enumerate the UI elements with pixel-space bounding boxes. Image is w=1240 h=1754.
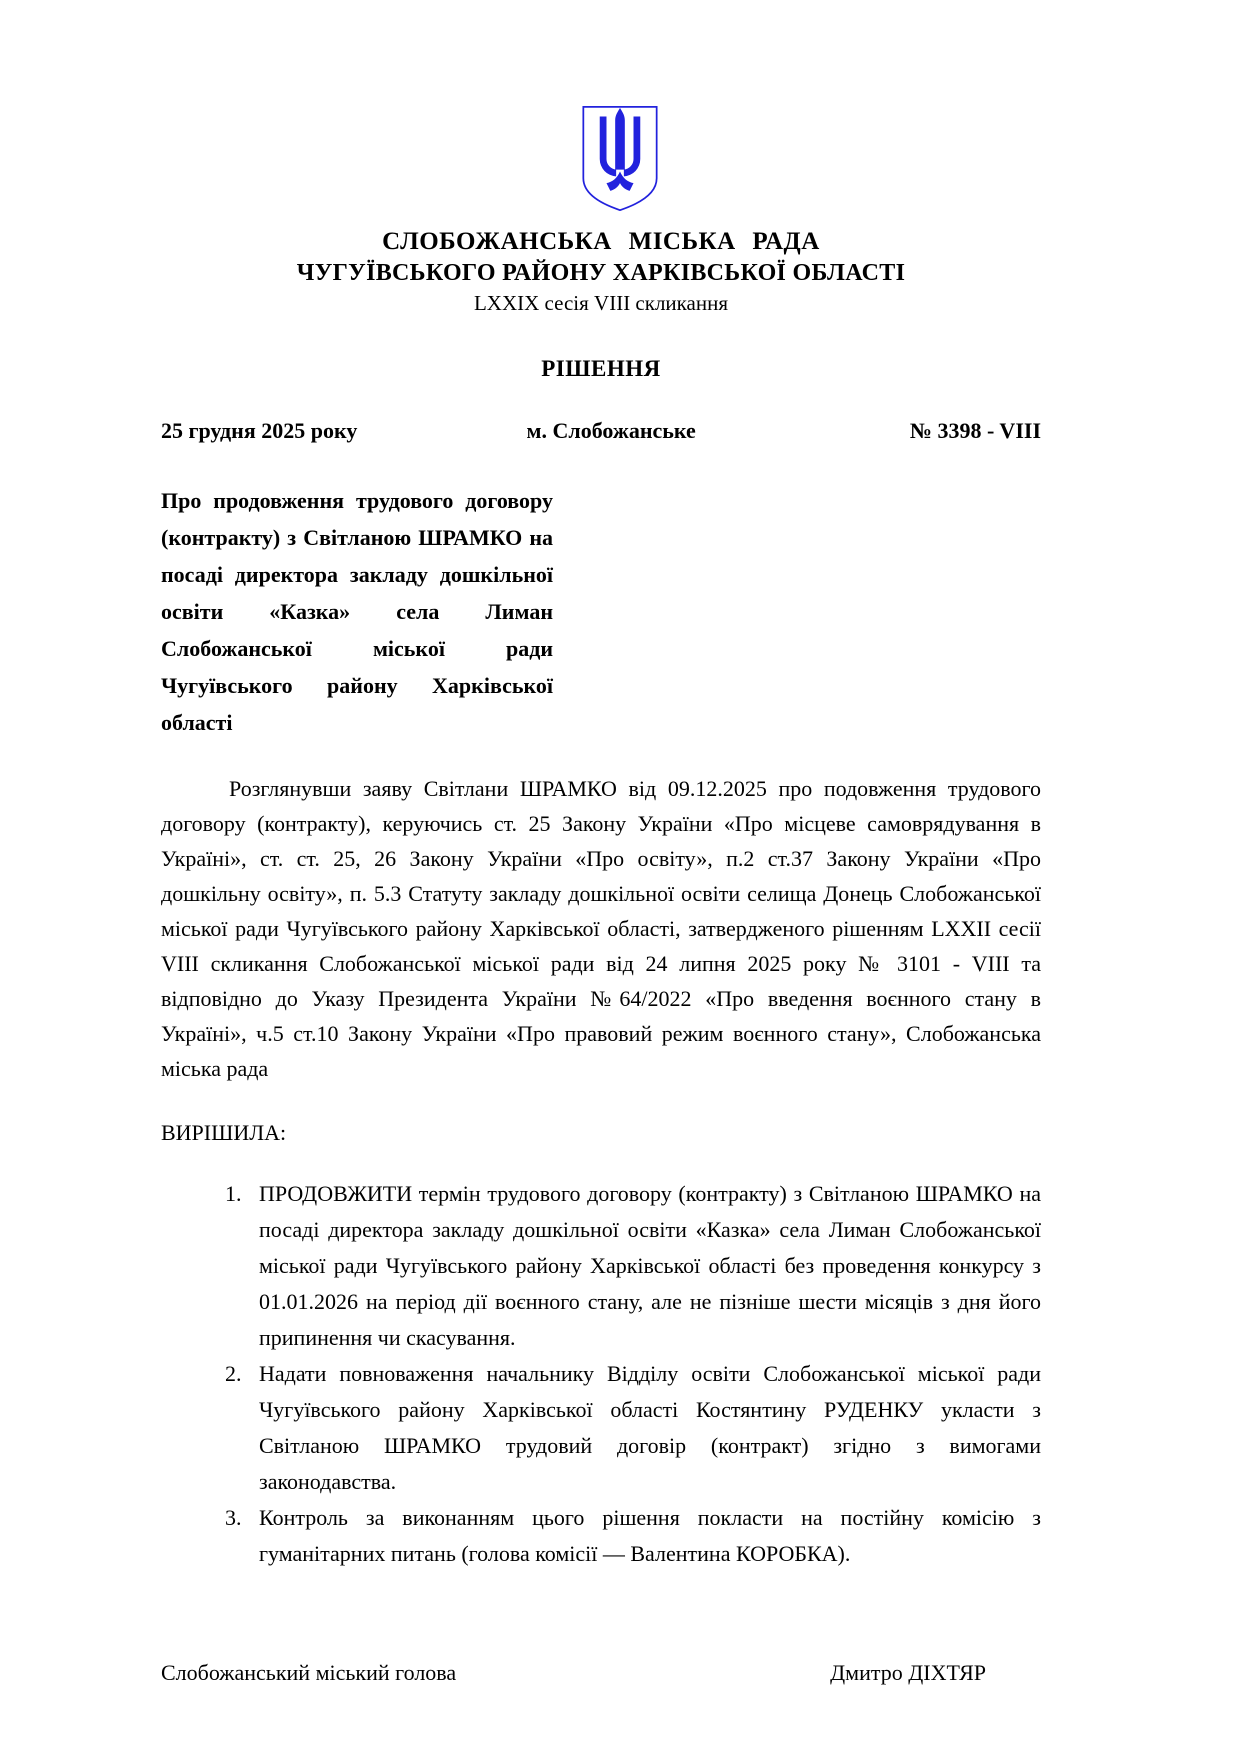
org-name-line1: СЛОБОЖАНСЬКА МІСЬКА РАДА bbox=[161, 228, 1041, 256]
decision-date: 25 грудня 2025 року bbox=[161, 418, 357, 444]
meta-row: 25 грудня 2025 року м. Слобожанське № 33… bbox=[161, 418, 1041, 444]
org-name-line2: ЧУГУЇВСЬКОГО РАЙОНУ ХАРКІВСЬКОЇ ОБЛАСТІ bbox=[161, 260, 1041, 287]
resolution-item: 3. Контроль за виконанням цього рішення … bbox=[225, 1500, 1041, 1572]
resolution-item-number: 3. bbox=[225, 1500, 259, 1572]
signature-row: Слобожанський міський голова Дмитро ДІХТ… bbox=[161, 1660, 1041, 1686]
resolution-item-text: ПРОДОВЖИТИ термін трудового договору (ко… bbox=[259, 1176, 1041, 1356]
session-line: LXXIX сесія VIII скликання bbox=[161, 291, 1041, 316]
resolution-item-text: Надати повноваження начальнику Відділу о… bbox=[259, 1356, 1041, 1500]
resolved-label: ВИРІШИЛА: bbox=[161, 1120, 1041, 1146]
resolutions-list: 1. ПРОДОВЖИТИ термін трудового договору … bbox=[161, 1176, 1041, 1572]
decision-place: м. Слобожанське bbox=[527, 418, 696, 444]
trident-emblem-icon bbox=[576, 194, 664, 219]
resolution-item: 2. Надати повноваження начальнику Відділ… bbox=[225, 1356, 1041, 1500]
decision-number: № 3398 - VIII bbox=[910, 418, 1041, 444]
document-page: СЛОБОЖАНСЬКА МІСЬКА РАДА ЧУГУЇВСЬКОГО РА… bbox=[0, 0, 1240, 1754]
resolution-item-number: 2. bbox=[225, 1356, 259, 1500]
signer-position: Слобожанський міський голова bbox=[161, 1660, 456, 1686]
subject-paragraph: Про продовження трудового договору (конт… bbox=[161, 482, 553, 741]
preamble-paragraph: Розглянувши заяву Світлани ШРАМКО від 09… bbox=[161, 771, 1041, 1086]
signer-name: Дмитро ДІХТЯР bbox=[830, 1660, 986, 1686]
resolution-item-number: 1. bbox=[225, 1176, 259, 1356]
resolution-item: 1. ПРОДОВЖИТИ термін трудового договору … bbox=[225, 1176, 1041, 1356]
emblem-container bbox=[0, 0, 1240, 220]
resolution-item-text: Контроль за виконанням цього рішення пок… bbox=[259, 1500, 1041, 1572]
decision-title: РІШЕННЯ bbox=[161, 356, 1041, 382]
